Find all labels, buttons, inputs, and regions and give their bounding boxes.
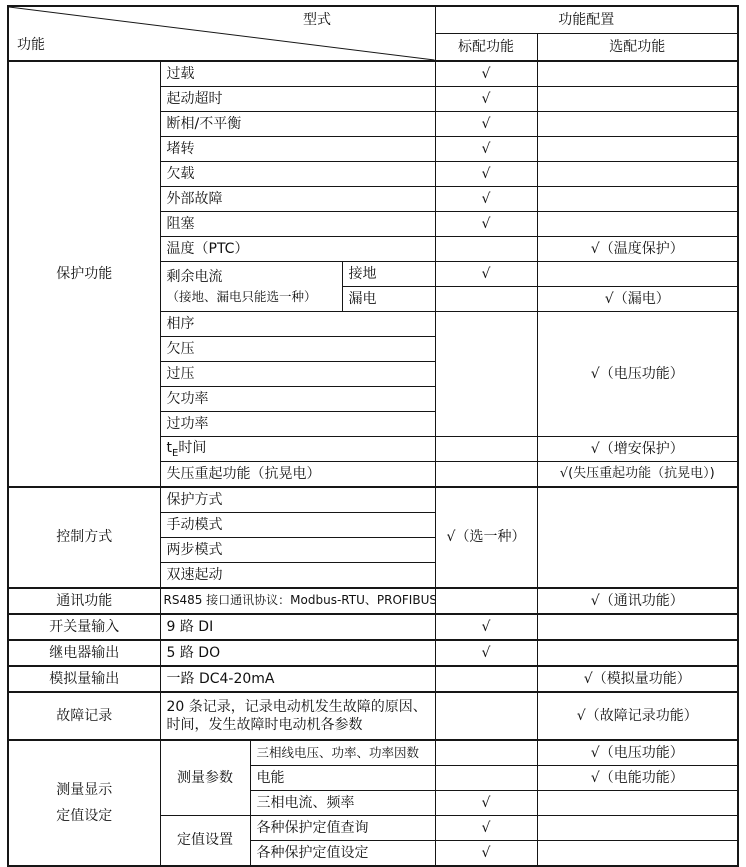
row-phase-loss-label: 断相/不平衡 bbox=[160, 112, 435, 137]
row-fault-std bbox=[435, 692, 537, 740]
row-underpower-label: 欠功率 bbox=[160, 387, 435, 412]
row-ground-opt bbox=[537, 262, 738, 287]
row-di-label: 9 路 DI bbox=[160, 614, 435, 640]
row-overvoltage-label: 过压 bbox=[160, 362, 435, 387]
row-external-fault-label: 外部故障 bbox=[160, 187, 435, 212]
row-jam-opt bbox=[537, 212, 738, 237]
row-restart-opt: √(失压重起功能（抗晃电）) bbox=[537, 462, 738, 488]
group-analog-output: 模拟量输出 bbox=[8, 666, 160, 692]
row-stall-opt bbox=[537, 137, 738, 162]
row-restart-std bbox=[435, 462, 537, 488]
row-ao-std bbox=[435, 666, 537, 692]
group-protection: 保护功能 bbox=[8, 61, 160, 487]
header-function-label: 功能 bbox=[17, 36, 45, 54]
row-ground-std: √ bbox=[435, 262, 537, 287]
row-current-frequency-opt bbox=[537, 791, 738, 816]
row-external-fault-opt bbox=[537, 187, 738, 212]
row-leakage-label: 漏电 bbox=[342, 287, 435, 312]
header-corner-cell: 型式 功能 bbox=[8, 6, 435, 61]
subgroup-setting: 定值设置 bbox=[160, 816, 250, 867]
row-temperature-ptc-std bbox=[435, 237, 537, 262]
row-leakage-opt: √（漏电） bbox=[537, 287, 738, 312]
header-config-label: 功能配置 bbox=[435, 6, 738, 34]
row-setting-set-std: √ bbox=[435, 841, 537, 867]
row-jam-label: 阻塞 bbox=[160, 212, 435, 237]
row-energy-opt: √（电能功能） bbox=[537, 766, 738, 791]
measure-group-line1: 测量显示 bbox=[11, 777, 158, 803]
row-residual-current-label: 剩余电流 （接地、漏电只能选一种） bbox=[160, 262, 342, 312]
row-undervoltage-label: 欠压 bbox=[160, 337, 435, 362]
row-phase-loss-std: √ bbox=[435, 112, 537, 137]
row-energy-std bbox=[435, 766, 537, 791]
row-di-std: √ bbox=[435, 614, 537, 640]
measure-group-line2: 定值设定 bbox=[11, 803, 158, 829]
row-ao-label: 一路 DC4-20mA bbox=[160, 666, 435, 692]
row-phase-sequence-label: 相序 bbox=[160, 312, 435, 337]
row-external-fault-std: √ bbox=[435, 187, 537, 212]
row-ao-opt: √（模拟量功能） bbox=[537, 666, 738, 692]
row-current-frequency-label: 三相电流、频率 bbox=[250, 791, 435, 816]
row-setting-query-std: √ bbox=[435, 816, 537, 841]
row-underload-label: 欠载 bbox=[160, 162, 435, 187]
row-setting-query-label: 各种保护定值查询 bbox=[250, 816, 435, 841]
header-optional-col: 选配功能 bbox=[537, 34, 738, 62]
row-three-phase-voltage-opt: √（电压功能） bbox=[537, 740, 738, 766]
header-standard-col: 标配功能 bbox=[435, 34, 537, 62]
row-underload-opt bbox=[537, 162, 738, 187]
row-fault-label: 20 条记录，记录电动机发生故障的原因、时间，发生故障时电动机各参数 bbox=[160, 692, 435, 740]
group-digital-input: 开关量输入 bbox=[8, 614, 160, 640]
row-overpower-label: 过功率 bbox=[160, 412, 435, 437]
row-te-time-label: tE时间 bbox=[160, 437, 435, 462]
row-ground-label: 接地 bbox=[342, 262, 435, 287]
row-te-time-std bbox=[435, 437, 537, 462]
row-do-label: 5 路 DO bbox=[160, 640, 435, 666]
residual-current-line1: 剩余电流 bbox=[167, 267, 336, 287]
voltage-group-opt: √（电压功能） bbox=[537, 312, 738, 437]
row-two-speed-start-label: 双速起动 bbox=[160, 563, 435, 589]
row-di-opt bbox=[537, 614, 738, 640]
voltage-group-std bbox=[435, 312, 537, 437]
row-protect-mode-label: 保护方式 bbox=[160, 487, 435, 513]
row-underload-std: √ bbox=[435, 162, 537, 187]
row-setting-query-opt bbox=[537, 816, 738, 841]
row-energy-label: 电能 bbox=[250, 766, 435, 791]
feature-config-table: 型式 功能 功能配置 标配功能 选配功能 保护功能 过载 √ 起动超时 √ 断相… bbox=[7, 5, 739, 867]
row-phase-loss-opt bbox=[537, 112, 738, 137]
row-three-phase-voltage-std bbox=[435, 740, 537, 766]
row-rs485-label: RS485 接口通讯协议：Modbus-RTU、PROFIBUS bbox=[160, 588, 435, 614]
row-rs485-std bbox=[435, 588, 537, 614]
control-std: √（选一种） bbox=[435, 487, 537, 588]
row-start-timeout-label: 起动超时 bbox=[160, 87, 435, 112]
row-jam-std: √ bbox=[435, 212, 537, 237]
group-relay-output: 继电器输出 bbox=[8, 640, 160, 666]
row-restart-label: 失压重起功能（抗晃电） bbox=[160, 462, 435, 488]
row-overload-opt bbox=[537, 61, 738, 87]
row-temperature-ptc-opt: √（温度保护） bbox=[537, 237, 738, 262]
group-measure-display: 测量显示 定值设定 bbox=[8, 740, 160, 866]
row-te-time-opt: √（增安保护） bbox=[537, 437, 738, 462]
row-manual-mode-label: 手动模式 bbox=[160, 513, 435, 538]
subgroup-measure-params: 测量参数 bbox=[160, 740, 250, 816]
row-current-frequency-std: √ bbox=[435, 791, 537, 816]
header-type-label: 型式 bbox=[303, 11, 331, 29]
te-rest: 时间 bbox=[178, 440, 206, 456]
row-do-opt bbox=[537, 640, 738, 666]
row-fault-opt: √（故障记录功能） bbox=[537, 692, 738, 740]
row-overload-std: √ bbox=[435, 61, 537, 87]
row-temperature-ptc-label: 温度（PTC） bbox=[160, 237, 435, 262]
control-opt bbox=[537, 487, 738, 588]
row-two-step-mode-label: 两步模式 bbox=[160, 538, 435, 563]
residual-current-line2: （接地、漏电只能选一种） bbox=[167, 287, 336, 307]
row-start-timeout-std: √ bbox=[435, 87, 537, 112]
group-fault-record: 故障记录 bbox=[8, 692, 160, 740]
row-leakage-std bbox=[435, 287, 537, 312]
diagonal-divider-line bbox=[9, 7, 435, 60]
row-do-std: √ bbox=[435, 640, 537, 666]
group-control: 控制方式 bbox=[8, 487, 160, 588]
row-setting-set-label: 各种保护定值设定 bbox=[250, 841, 435, 867]
row-rs485-opt: √（通讯功能） bbox=[537, 588, 738, 614]
row-stall-label: 堵转 bbox=[160, 137, 435, 162]
group-communication: 通讯功能 bbox=[8, 588, 160, 614]
row-three-phase-voltage-label: 三相线电压、功率、功率因数 bbox=[250, 740, 435, 766]
row-stall-std: √ bbox=[435, 137, 537, 162]
row-setting-set-opt bbox=[537, 841, 738, 867]
row-start-timeout-opt bbox=[537, 87, 738, 112]
row-overload-label: 过载 bbox=[160, 61, 435, 87]
